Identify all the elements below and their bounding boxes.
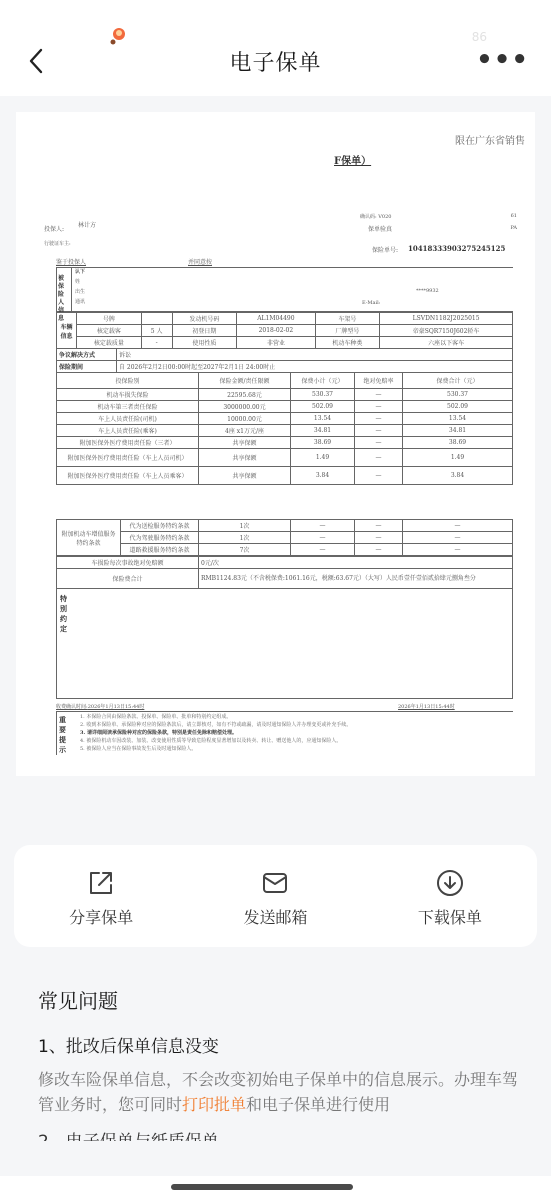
policy-number-label: 保险单号: [372,245,398,254]
special-terms-box [56,589,513,699]
download-policy-label: 下载保单 [418,905,482,928]
share-policy-label: 分享保单 [69,905,133,928]
insured-info-box [56,267,513,312]
value-added-cell: — [291,520,355,532]
notice-item: 5. 被保险人应当在保险事故发生后及时通知保险人。 [80,745,510,753]
cell: 5 人 [141,325,172,337]
value-added-cell: 7次 [199,544,291,556]
cell: 非营业 [237,337,315,349]
cell [141,313,172,325]
value-added-cell: — [291,532,355,544]
policy-document: 限在广东省销售 F保单） 投保人: 林计方 确认码: V020 61 保单验真 … [16,112,535,776]
value-added-cell: 代为驾驶服务特约条款 [121,532,199,544]
notice-list: 1. 本保险合同由保险条款、投保单、保险单、批单和特别约定组成。2. 收到本保险… [80,713,510,753]
coverage-row: 机动车第三者责任保险3000000.00元502.09—502.09 [57,401,513,413]
page-title: 电子保单 [0,46,551,77]
home-indicator[interactable] [171,1184,353,1190]
notice-item: 4. 被保险机动车因改装、加装、改变使用性质等导致危险程度显著增加以及转卖、转让… [80,737,510,745]
coverage-cell: 共享保额 [199,449,291,467]
same-as-applicant: 鉴于投保人 [56,257,86,266]
sign-time: 2026年1月13日15:44时 [398,703,455,710]
coverage-cell: — [355,401,403,413]
notice-item: 1. 本保险合同由保险条款、投保单、保险单、批单和特别约定组成。 [80,713,510,721]
coverage-cell: 34.81 [403,425,513,437]
coverage-cell: 机动车第三者责任保险 [57,401,199,413]
cell: 六座以下客车 [380,337,513,349]
insured-row-label: 姓 [75,278,80,285]
value-added-label: 附加机动车增值服务特约条款 [57,520,121,556]
deductible-value: 0元/次 [199,557,513,569]
top-navigation-bar: 86 电子保单 ••• [0,0,551,96]
coverage-cell: 530.37 [291,389,355,401]
value-added-cell: 道路救援服务特约条款 [121,544,199,556]
dispute-value: 诉讼 [117,349,513,361]
coverage-row: 车上人员责任险(乘客)4座 x1万元/座34.81—34.81 [57,425,513,437]
value-added-cell: — [355,520,403,532]
applicant-name: 林计方 [78,220,96,229]
status-number: 86 [472,30,487,44]
coverage-row: 附加医保外医疗费用责任险（三者）共享保额38.69—38.69 [57,437,513,449]
email-label: E-Mail: [362,300,380,306]
coverage-cell: — [355,389,403,401]
masked-phone: ****9932 [416,288,439,294]
value-added-cell: — [355,544,403,556]
cell: 核定载客 [77,325,142,337]
policy-verify-suffix: PA [510,225,517,231]
coverage-cell: 附加医保外医疗费用责任险（三者） [57,437,199,449]
premium-total-value: RMB1124.83元（不含税保费:1061.16元，税额:63.67元）（大写… [199,569,513,589]
value-added-cell: 1次 [199,520,291,532]
coverage-cell: 附加医保外医疗费用责任险（车上人员乘客） [57,467,199,485]
print-endorsement-link[interactable]: 打印批单 [182,1095,246,1114]
value-added-cell: — [403,532,513,544]
coverage-header-cell: 保险金额/责任限额 [199,373,291,389]
region-note: 限在广东省销售 [455,132,525,147]
notice-item: 3. 请详细阅读承保险种对应的保险条款，特别是责任免除和赔偿处理。 [80,729,510,737]
license-owner-label: 行驶证车主: [44,240,71,247]
joint-note: 并同意按 [188,257,212,266]
coverage-cell: 3.84 [403,467,513,485]
share-policy-button[interactable]: 分享保单 [14,845,188,947]
period-value: 自 2026年2月2日00:00时起至2027年2月1日 24:00时止 [117,361,513,373]
cell: 号牌 [77,313,142,325]
coverage-row: 附加医保外医疗费用责任险（车上人员乘客）共享保额3.84—3.84 [57,467,513,485]
value-added-row: 附加机动车增值服务特约条款代为送检服务特约条款1次——— [57,520,513,532]
share-icon [87,869,115,897]
coverage-cell: 38.69 [403,437,513,449]
vehicle-info-table: 车辆信息 号牌 发动机号码 AL1M04490 车架号 LSVDN1182J20… [56,312,513,349]
coverage-table: 投保险别保险金额/责任限额保费小计（元）绝对免赔率保费合计（元） 机动车损失保险… [56,372,513,485]
confirm-code: 确认码: V020 [360,213,391,220]
cell: 发动机号码 [172,313,237,325]
cell: 厂牌型号 [315,325,380,337]
coverage-cell: — [355,425,403,437]
download-icon [436,869,464,897]
coverage-header-cell: 保费合计（元） [403,373,513,389]
cell: 初登日期 [172,325,237,337]
insured-row-label: 通讯 [75,298,85,305]
premium-total-label: 保险费合计 [57,569,199,589]
insured-section-label: 被保险人信息 [56,267,72,312]
notification-badge-icon [108,26,126,48]
coverage-header-cell: 绝对免赔率 [355,373,403,389]
cell: LSVDN1182J2025015 [380,313,513,325]
policy-document-preview[interactable]: 限在广东省销售 F保单） 投保人: 林计方 确认码: V020 61 保单验真 … [16,112,535,776]
cell: AL1M04490 [237,313,315,325]
premium-summary-table: 车损险每次事故绝对免赔额 0元/次 保险费合计 RMB1124.83元（不含税保… [56,556,513,589]
coverage-cell: 共享保额 [199,467,291,485]
value-added-cell: — [291,544,355,556]
coverage-cell: — [355,413,403,425]
notice-item: 2. 收到本保险单、承保险种对应的保险条款后，请立即核对，如有不符或疏漏，请及时… [80,721,510,729]
coverage-cell: 4座 x1万元/座 [199,425,291,437]
applicant-label: 投保人: [44,224,64,233]
payment-time-label: 收费确认时间:2026年1月13日15:44时 [56,703,144,710]
faq-question-1[interactable]: 1、批改后保单信息没变 [38,1032,518,1057]
send-email-button[interactable]: 发送邮箱 [188,845,362,947]
cell: - [141,337,172,349]
coverage-row: 附加医保外医疗费用责任险（车上人员司机）共享保额1.49—1.49 [57,449,513,467]
coverage-cell: — [355,449,403,467]
coverage-cell: 13.54 [403,413,513,425]
coverage-cell: 13.54 [291,413,355,425]
value-added-cell: 1次 [199,532,291,544]
mail-icon [261,869,289,897]
coverage-cell: 38.69 [291,437,355,449]
faq-title: 常见问题 [38,985,518,1014]
coverage-cell: 车上人员责任险(乘客) [57,425,199,437]
value-added-row: 道路救援服务特约条款7次——— [57,544,513,556]
document-title: F保单） [334,152,371,167]
deductible-label: 车损险每次事故绝对免赔额 [57,557,199,569]
value-added-services-table: 附加机动车增值服务特约条款代为送检服务特约条款1次———代为驾驶服务特约条款1次… [56,519,513,556]
value-added-cell: — [403,520,513,532]
dispute-label: 争议解决方式 [57,349,117,361]
value-added-cell: — [403,544,513,556]
coverage-header-cell: 保费小计（元） [291,373,355,389]
faq-question-2[interactable]: 2、电子保单与纸质保单 [38,1127,518,1141]
value-added-cell: 代为送检服务特约条款 [121,520,199,532]
coverage-cell: 3000000.00元 [199,401,291,413]
download-policy-button[interactable]: 下载保单 [363,845,537,947]
special-terms-label: 特别约定 [60,594,68,634]
coverage-cell: 34.81 [291,425,355,437]
coverage-cell: 1.49 [403,449,513,467]
vehicle-section-label: 车辆信息 [57,313,77,349]
coverage-cell: — [355,467,403,485]
cell: 车架号 [315,313,380,325]
important-notice-label: 重要提示 [59,715,69,755]
cell: 2018-02-02 [237,325,315,337]
coverage-cell: 10000.00元 [199,413,291,425]
coverage-row: 车上人员责任险(司机)10000.00元13.54—13.54 [57,413,513,425]
coverage-row: 机动车损失保险22595.68元530.37—530.37 [57,389,513,401]
faq-answer-1: 修改车险保单信息，不会改变初始电子保单中的信息展示。办理车驾管业务时，您可同时打… [38,1067,518,1117]
faq-section: 常见问题 1、批改后保单信息没变 修改车险保单信息，不会改变初始电子保单中的信息… [38,985,518,1141]
coverage-cell: 3.84 [291,467,355,485]
cell: 核定载质量 [77,337,142,349]
coverage-cell: 530.37 [403,389,513,401]
coverage-cell: 1.49 [291,449,355,467]
cell: 使用性质 [172,337,237,349]
coverage-cell: 共享保额 [199,437,291,449]
coverage-header-cell: 投保险别 [57,373,199,389]
coverage-cell: 车上人员责任险(司机) [57,413,199,425]
period-label: 保险期间 [57,361,117,373]
confirm-code-suffix: 61 [511,213,517,219]
coverage-cell: — [355,437,403,449]
coverage-cell: 22595.68元 [199,389,291,401]
dispute-period-table: 争议解决方式 诉讼 保险期间 自 2026年2月2日00:00时起至2027年2… [56,348,513,373]
policy-verify-label: 保单验真 [368,224,392,233]
policy-actions: 分享保单 发送邮箱 下载保单 [14,845,537,947]
value-added-row: 代为驾驶服务特约条款1次——— [57,532,513,544]
more-options-button[interactable]: ••• [476,50,529,70]
coverage-cell: 机动车损失保险 [57,389,199,401]
cell: 帝豪SQR7150J602轿车 [380,325,513,337]
cell: 机动车种类 [315,337,380,349]
insured-row-label: 出生 [75,288,85,295]
faq-answer-text: 和电子保单进行使用 [246,1095,390,1114]
system-bottom-area [0,1176,551,1200]
send-email-label: 发送邮箱 [243,905,307,928]
value-added-cell: — [355,532,403,544]
coverage-cell: 502.09 [291,401,355,413]
coverage-cell: 502.09 [403,401,513,413]
coverage-cell: 附加医保外医疗费用责任险（车上人员司机） [57,449,199,467]
insured-row-label: 认下 [75,268,85,275]
policy-number: 10418333903275245125 [408,244,505,253]
